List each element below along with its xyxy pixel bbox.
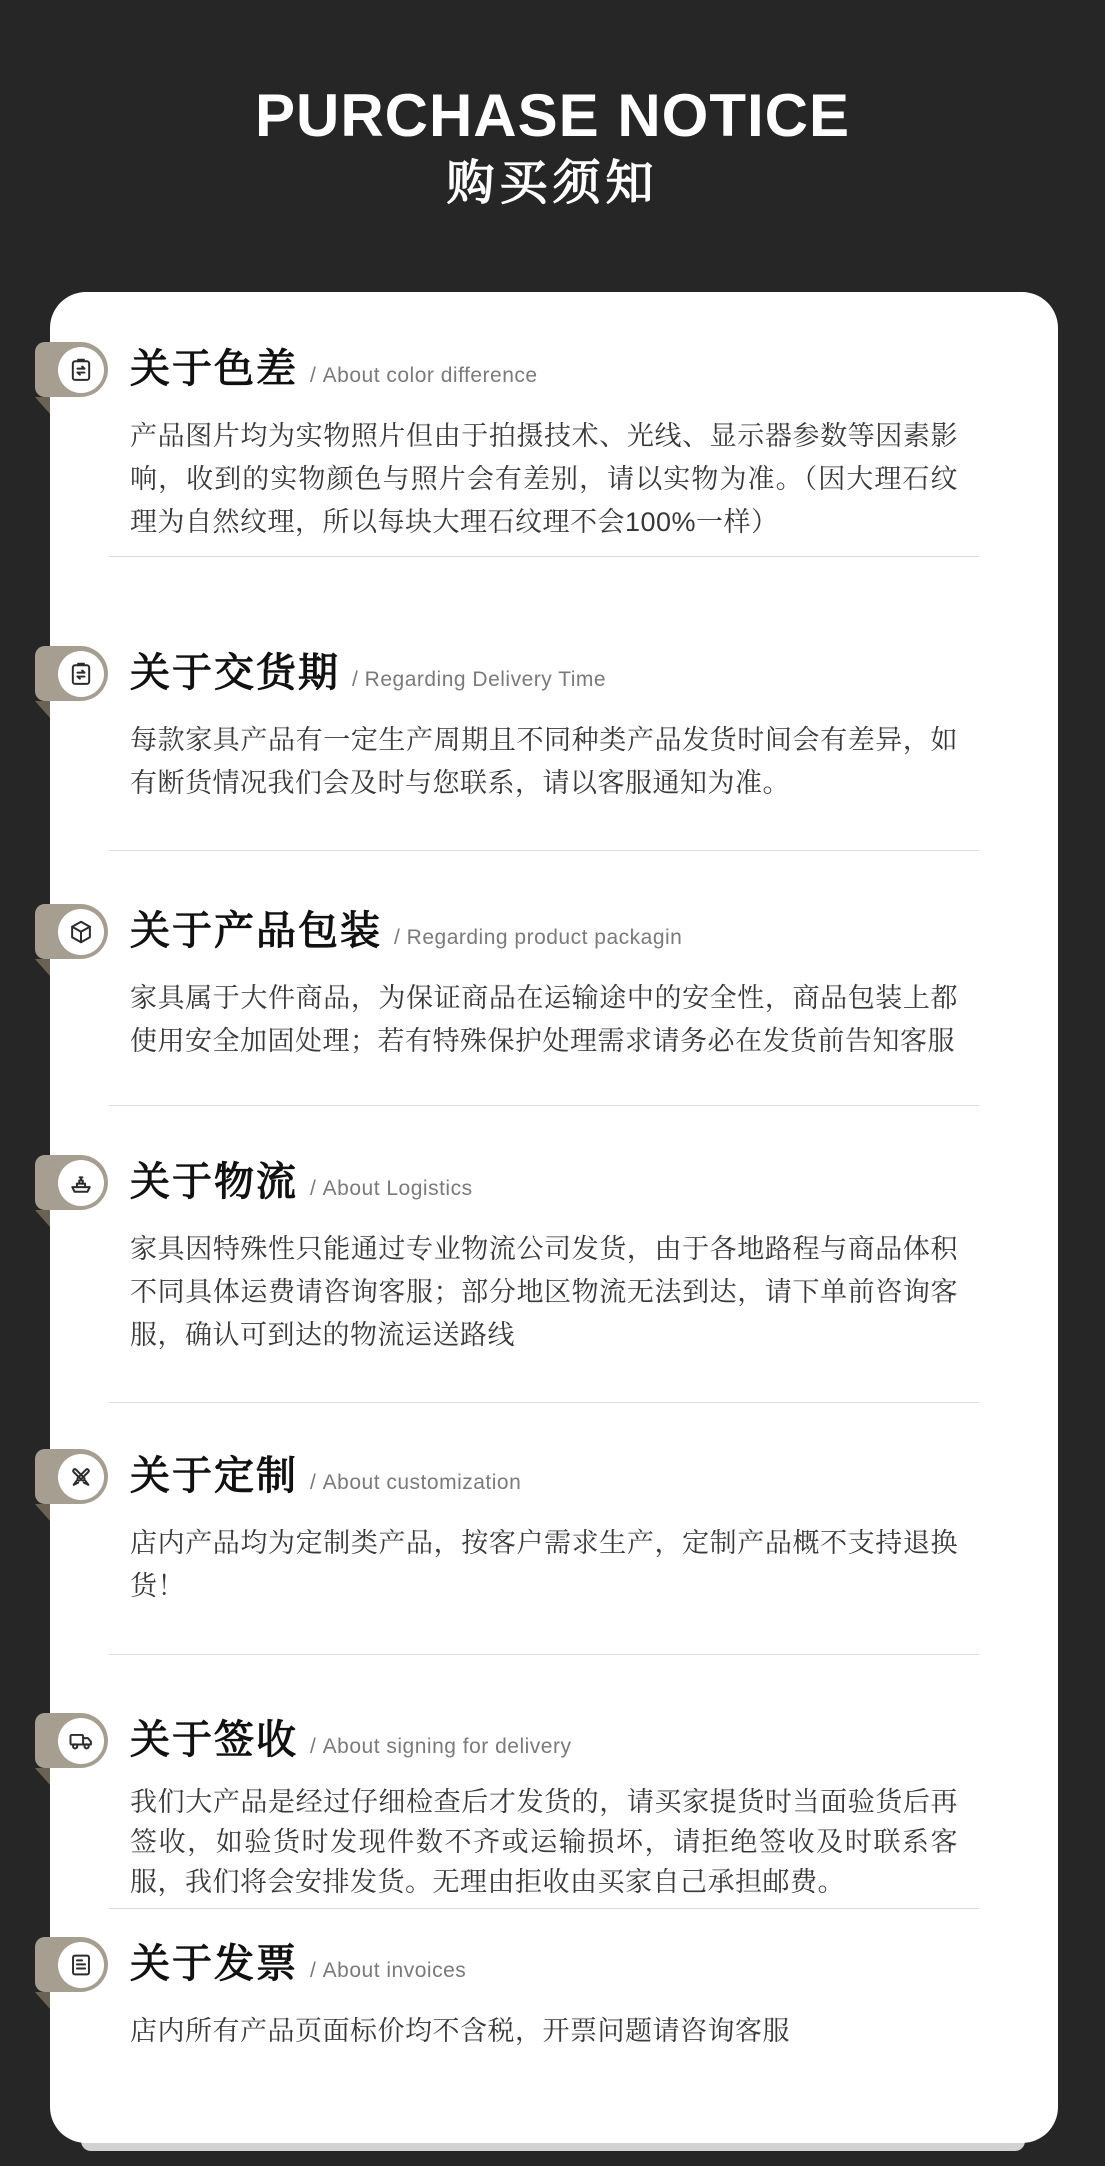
section-subtitle: / Regarding product packagin	[394, 926, 682, 949]
section-title: 关于色差	[130, 347, 298, 391]
cargo-ship-icon	[67, 1169, 95, 1197]
section-ribbon-tab	[35, 904, 108, 959]
section-header: 关于产品包装/ Regarding product packagin	[130, 904, 958, 959]
ribbon-fold	[35, 397, 50, 414]
section-subtitle: / About color difference	[310, 364, 538, 387]
page-header: PURCHASE NOTICE 购买须知	[0, 0, 1105, 292]
section-body: 每款家具产品有一定生产周期且不同种类产品发货时间会有差异，如有断货情况我们会及时…	[130, 719, 958, 805]
section-subtitle: / About customization	[310, 1471, 521, 1494]
section-body: 家具属于大件商品，为保证商品在运输途中的安全性，商品包装上都使用安全加固处理；若…	[130, 977, 958, 1063]
section-title: 关于定制	[130, 1454, 298, 1498]
section-title: 关于签收	[130, 1718, 298, 1762]
notice-section: 关于交货期/ Regarding Delivery Time 每款家具产品有一定…	[50, 557, 1058, 851]
section-header: 关于签收/ About signing for delivery	[130, 1713, 958, 1768]
clipboard-swap-icon	[67, 356, 95, 384]
ribbon-fold	[35, 1504, 50, 1521]
section-subtitle: / About signing for delivery	[310, 1735, 571, 1758]
section-header: 关于交货期/ Regarding Delivery Time	[130, 646, 958, 701]
notice-section: 关于定制/ About customization 店内产品均为定制类产品，按客…	[50, 1403, 1058, 1655]
section-ribbon-tab	[35, 1155, 108, 1210]
section-ribbon-tab	[35, 1449, 108, 1504]
icon-circle	[58, 1160, 104, 1206]
crossed-pens-icon	[67, 1463, 95, 1491]
notice-card: 关于色差/ About color difference 产品图片均为实物照片但…	[50, 292, 1058, 2143]
icon-circle	[58, 909, 104, 955]
section-body: 产品图片均为实物照片但由于拍摄技术、光线、显示器参数等因素影响，收到的实物颜色与…	[130, 415, 958, 544]
section-body: 店内产品均为定制类产品，按客户需求生产，定制产品概不支持退换货！	[130, 1522, 958, 1608]
section-title: 关于发票	[130, 1942, 298, 1986]
icon-circle	[58, 651, 104, 697]
icon-circle	[58, 1942, 104, 1988]
ribbon-fold	[35, 1768, 50, 1785]
notice-section: 关于发票/ About invoices 店内所有产品页面标价均不含税，开票问题…	[50, 1909, 1058, 2053]
section-ribbon-tab	[35, 342, 108, 397]
section-body: 家具因特殊性只能通过专业物流公司发货，由于各地路程与商品体积不同具体运费请咨询客…	[130, 1228, 958, 1357]
section-body: 店内所有产品页面标价均不含税，开票问题请咨询客服	[130, 2010, 958, 2053]
icon-circle	[58, 1718, 104, 1764]
ribbon-fold	[35, 959, 50, 976]
section-title: 关于物流	[130, 1160, 298, 1204]
ribbon-fold	[35, 1210, 50, 1227]
page-title-en: PURCHASE NOTICE	[0, 86, 1105, 146]
invoice-icon	[67, 1951, 95, 1979]
section-ribbon-tab	[35, 1713, 108, 1768]
ribbon-fold	[35, 701, 50, 718]
section-header: 关于物流/ About Logistics	[130, 1155, 958, 1210]
section-header: 关于色差/ About color difference	[130, 342, 958, 397]
section-subtitle: / Regarding Delivery Time	[352, 668, 606, 691]
notice-section: 关于物流/ About Logistics 家具因特殊性只能通过专业物流公司发货…	[50, 1106, 1058, 1403]
page-title-zh: 购买须知	[0, 160, 1105, 208]
section-ribbon-tab	[35, 1937, 108, 1992]
delivery-truck-icon	[67, 1727, 95, 1755]
notice-section: 关于签收/ About signing for delivery 我们大产品是经…	[50, 1655, 1058, 1909]
clipboard-swap-icon	[67, 660, 95, 688]
package-cube-icon	[67, 918, 95, 946]
section-body: 我们大产品是经过仔细检查后才发货的，请买家提货时当面验货后再签收，如验货时发现件…	[130, 1782, 958, 1902]
section-subtitle: / About Logistics	[310, 1177, 473, 1200]
section-title: 关于产品包装	[130, 909, 382, 953]
section-title: 关于交货期	[130, 651, 340, 695]
icon-circle	[58, 1454, 104, 1500]
section-header: 关于发票/ About invoices	[130, 1937, 958, 1992]
section-subtitle: / About invoices	[310, 1959, 466, 1982]
icon-circle	[58, 347, 104, 393]
section-ribbon-tab	[35, 646, 108, 701]
ribbon-fold	[35, 1992, 50, 2009]
notice-section: 关于色差/ About color difference 产品图片均为实物照片但…	[50, 292, 1058, 557]
section-header: 关于定制/ About customization	[130, 1449, 958, 1504]
notice-section: 关于产品包装/ Regarding product packagin 家具属于大…	[50, 851, 1058, 1106]
